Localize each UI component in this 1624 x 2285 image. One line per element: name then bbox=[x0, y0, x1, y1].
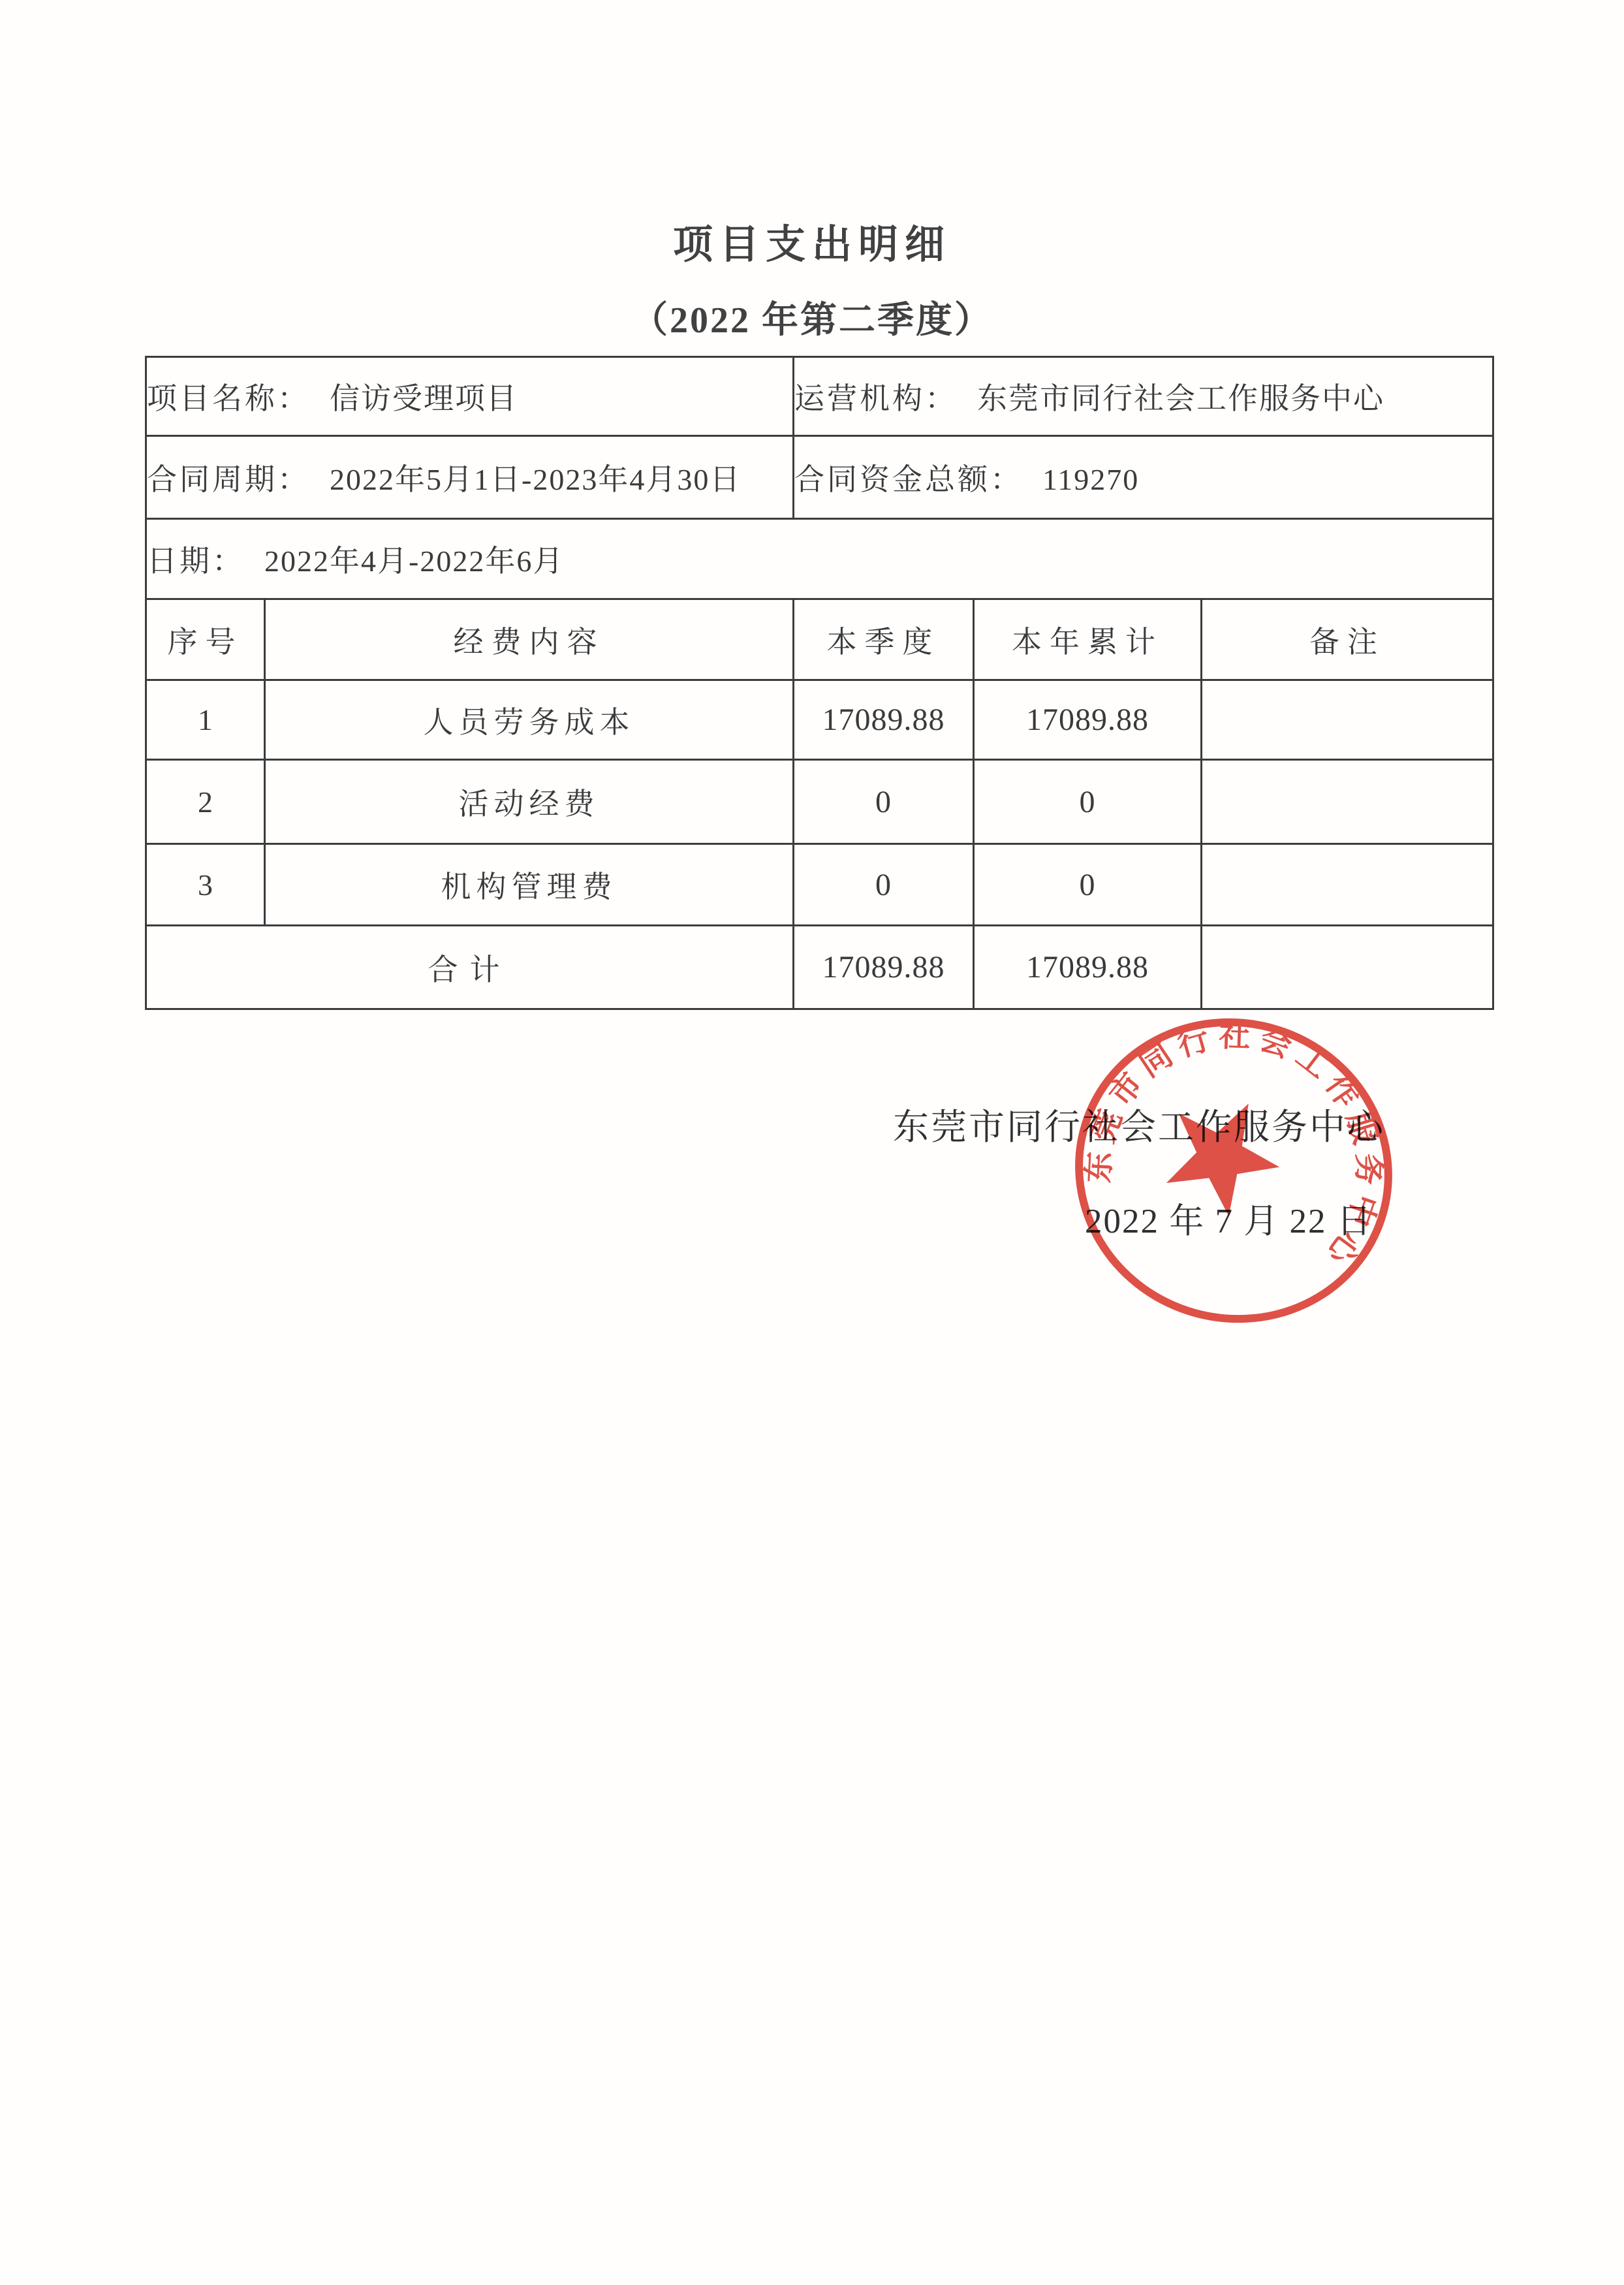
contract-period-cell: 合同周期：2022年5月1日-2023年4月30日 bbox=[146, 436, 794, 519]
row-ytd-amount: 0 bbox=[974, 844, 1202, 926]
row-ytd-amount: 0 bbox=[974, 760, 1202, 844]
total-note-cell bbox=[1202, 926, 1493, 1009]
expense-detail-table: 项目名称：信访受理项目 运营机构：东莞市同行社会工作服务中心 合同周期：2022… bbox=[145, 356, 1494, 1010]
row-item: 机构管理费 bbox=[265, 844, 794, 926]
total-ytd-amount: 17089.88 bbox=[974, 926, 1202, 1009]
project-name-value: 信访受理项目 bbox=[330, 382, 518, 415]
column-header-note: 备注 bbox=[1202, 599, 1493, 680]
contract-total-label: 合同资金总额： bbox=[794, 463, 1023, 496]
page-title: 项目支出明细 bbox=[0, 213, 1624, 270]
operator-value: 东莞市同行社会工作服务中心 bbox=[977, 382, 1384, 415]
seal-group: 东莞市同行社会工作服务中心 bbox=[1068, 1009, 1399, 1332]
report-date-value: 2022年4月-2022年6月 bbox=[264, 544, 564, 578]
report-date-label: 日期： bbox=[147, 544, 245, 578]
row-item: 人员劳务成本 bbox=[265, 680, 794, 760]
row-no: 3 bbox=[146, 844, 265, 926]
row-no: 2 bbox=[146, 760, 265, 844]
operator-cell: 运营机构：东莞市同行社会工作服务中心 bbox=[794, 357, 1493, 436]
seal-star-icon bbox=[1147, 1077, 1299, 1226]
column-header-ytd: 本年累计 bbox=[974, 599, 1202, 680]
table-row: 3 机构管理费 0 0 bbox=[146, 844, 1493, 926]
table-total-row: 合计 17089.88 17089.88 bbox=[146, 926, 1493, 1009]
report-date-cell: 日期：2022年4月-2022年6月 bbox=[146, 519, 1493, 599]
row-ytd-amount: 17089.88 bbox=[974, 680, 1202, 760]
row-note bbox=[1202, 760, 1493, 844]
table-header-row: 序号 经费内容 本季度 本年累计 备注 bbox=[146, 599, 1493, 680]
row-note bbox=[1202, 680, 1493, 760]
row-note bbox=[1202, 844, 1493, 926]
table-row: 2 活动经费 0 0 bbox=[146, 760, 1493, 844]
row-item: 活动经费 bbox=[265, 760, 794, 844]
page-subtitle: （2022 年第二季度） bbox=[0, 291, 1624, 343]
contract-period-value: 2022年5月1日-2023年4月30日 bbox=[330, 463, 741, 496]
contract-period-label: 合同周期： bbox=[147, 463, 310, 496]
operator-label: 运营机构： bbox=[794, 382, 958, 415]
total-label-cell: 合计 bbox=[146, 926, 794, 1009]
total-quarter-amount: 17089.88 bbox=[794, 926, 974, 1009]
official-red-seal: 东莞市同行社会工作服务中心 bbox=[1068, 1009, 1399, 1332]
row-no: 1 bbox=[146, 680, 265, 760]
row-quarter-amount: 17089.88 bbox=[794, 680, 974, 760]
project-name-cell: 项目名称：信访受理项目 bbox=[146, 357, 794, 436]
row-quarter-amount: 0 bbox=[794, 844, 974, 926]
column-header-quarter: 本季度 bbox=[794, 599, 974, 680]
info-row-project: 项目名称：信访受理项目 运营机构：东莞市同行社会工作服务中心 bbox=[146, 357, 1493, 436]
column-header-no: 序号 bbox=[146, 599, 265, 680]
contract-total-value: 119270 bbox=[1042, 463, 1139, 496]
contract-total-cell: 合同资金总额：119270 bbox=[794, 436, 1493, 519]
info-row-date: 日期：2022年4月-2022年6月 bbox=[146, 519, 1493, 599]
column-header-item: 经费内容 bbox=[265, 599, 794, 680]
info-row-contract: 合同周期：2022年5月1日-2023年4月30日 合同资金总额：119270 bbox=[146, 436, 1493, 519]
row-quarter-amount: 0 bbox=[794, 760, 974, 844]
table-row: 1 人员劳务成本 17089.88 17089.88 bbox=[146, 680, 1493, 760]
project-name-label: 项目名称： bbox=[147, 382, 310, 415]
scanned-document-page: 项目支出明细 （2022 年第二季度） 项目名称：信访受理项目 运营机构：东莞市… bbox=[0, 0, 1624, 2285]
